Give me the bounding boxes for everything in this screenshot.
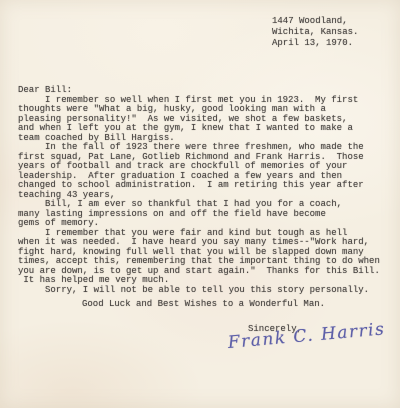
- paragraph: I remember that you were fair and kind b…: [18, 229, 394, 286]
- paragraph: Bill, I am ever so thankful that I had y…: [18, 200, 394, 229]
- letter-paper: 1447 Woodland, Wichita, Kansas. April 13…: [0, 0, 400, 408]
- letter-body: Dear Bill: I remember so well when I fir…: [18, 86, 394, 310]
- paragraph: Sorry, I will not be able to tell you th…: [18, 286, 394, 296]
- paragraph: In the fall of 1923 there were three fre…: [18, 143, 394, 200]
- closing-line: Good Luck and Best Wishes to a Wonderful…: [18, 300, 394, 310]
- return-address: 1447 Woodland, Wichita, Kansas. April 13…: [272, 16, 358, 48]
- paragraph: I remember so well when I first met you …: [18, 96, 394, 144]
